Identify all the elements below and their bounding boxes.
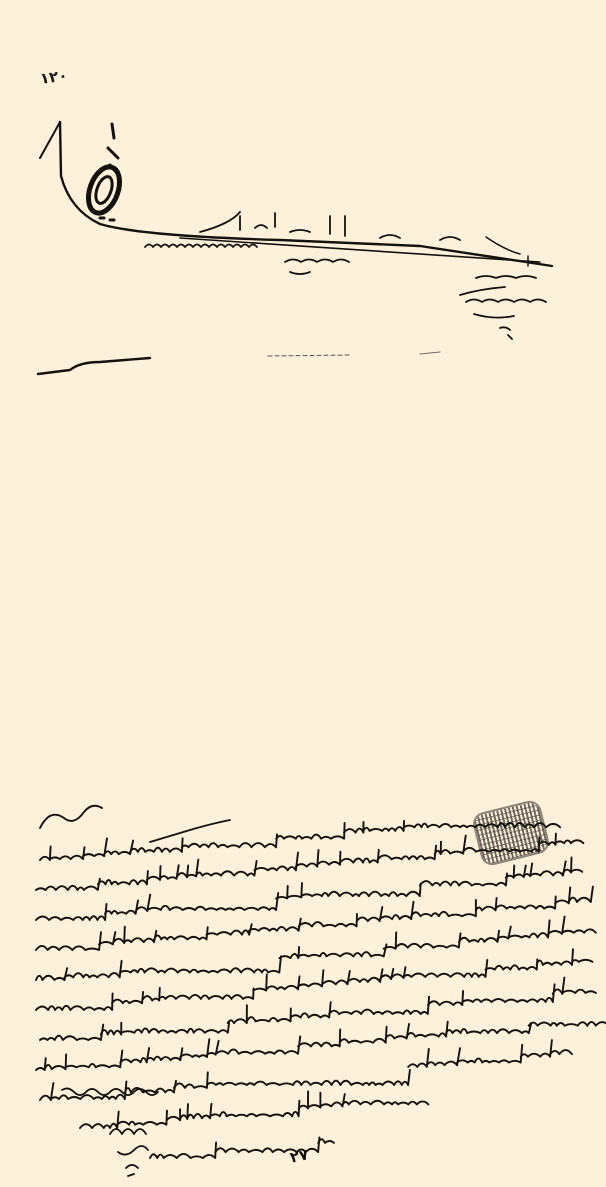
manuscript-ink xyxy=(0,0,606,1187)
header-script xyxy=(145,212,546,339)
body-heading-flourish xyxy=(40,806,230,842)
document-page: ١٢٠ xyxy=(0,0,606,1187)
tughra-mark xyxy=(83,124,126,220)
divider-line xyxy=(38,352,440,374)
signature xyxy=(62,1088,158,1176)
body-script-line xyxy=(36,858,582,921)
date-numeral: ٢٧ xyxy=(288,1145,310,1166)
body-script-line xyxy=(36,917,596,980)
body-script-line xyxy=(80,1091,428,1128)
body-script xyxy=(36,806,606,1158)
body-script-line xyxy=(36,887,593,950)
